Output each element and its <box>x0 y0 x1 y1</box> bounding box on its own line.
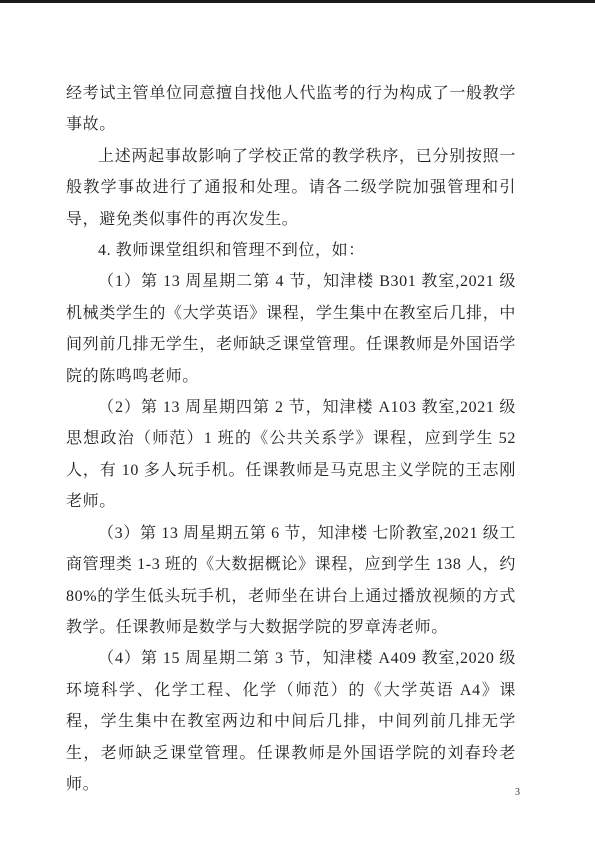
body-paragraph: （4）第 15 周星期二第 3 节，知津楼 A409 教室,2020 级环境科学… <box>66 643 516 800</box>
body-paragraph: （1）第 13 周星期二第 4 节，知津楼 B301 教室,2021 级机械类学… <box>66 266 516 392</box>
body-paragraph: 经考试主管单位同意擅自找他人代监考的行为构成了一般教学事故。 <box>66 78 516 141</box>
document-page: 经考试主管单位同意擅自找他人代监考的行为构成了一般教学事故。 上述两起事故影响了… <box>0 0 595 841</box>
body-paragraph: （3）第 13 周星期五第 6 节，知津楼 七阶教室,2021 级工商管理类 1… <box>66 518 516 644</box>
body-paragraph: （2）第 13 周星期四第 2 节，知津楼 A103 教室,2021 级思想政治… <box>66 392 516 518</box>
body-paragraph: 上述两起事故影响了学校正常的教学秩序，已分别按照一般教学事故进行了通报和处理。请… <box>66 141 516 235</box>
body-paragraph: 4. 教师课堂组织和管理不到位，如： <box>66 235 516 266</box>
page-number: 3 <box>515 786 520 800</box>
page-top-edge <box>0 0 595 3</box>
document-body: 经考试主管单位同意擅自找他人代监考的行为构成了一般教学事故。 上述两起事故影响了… <box>66 78 516 800</box>
